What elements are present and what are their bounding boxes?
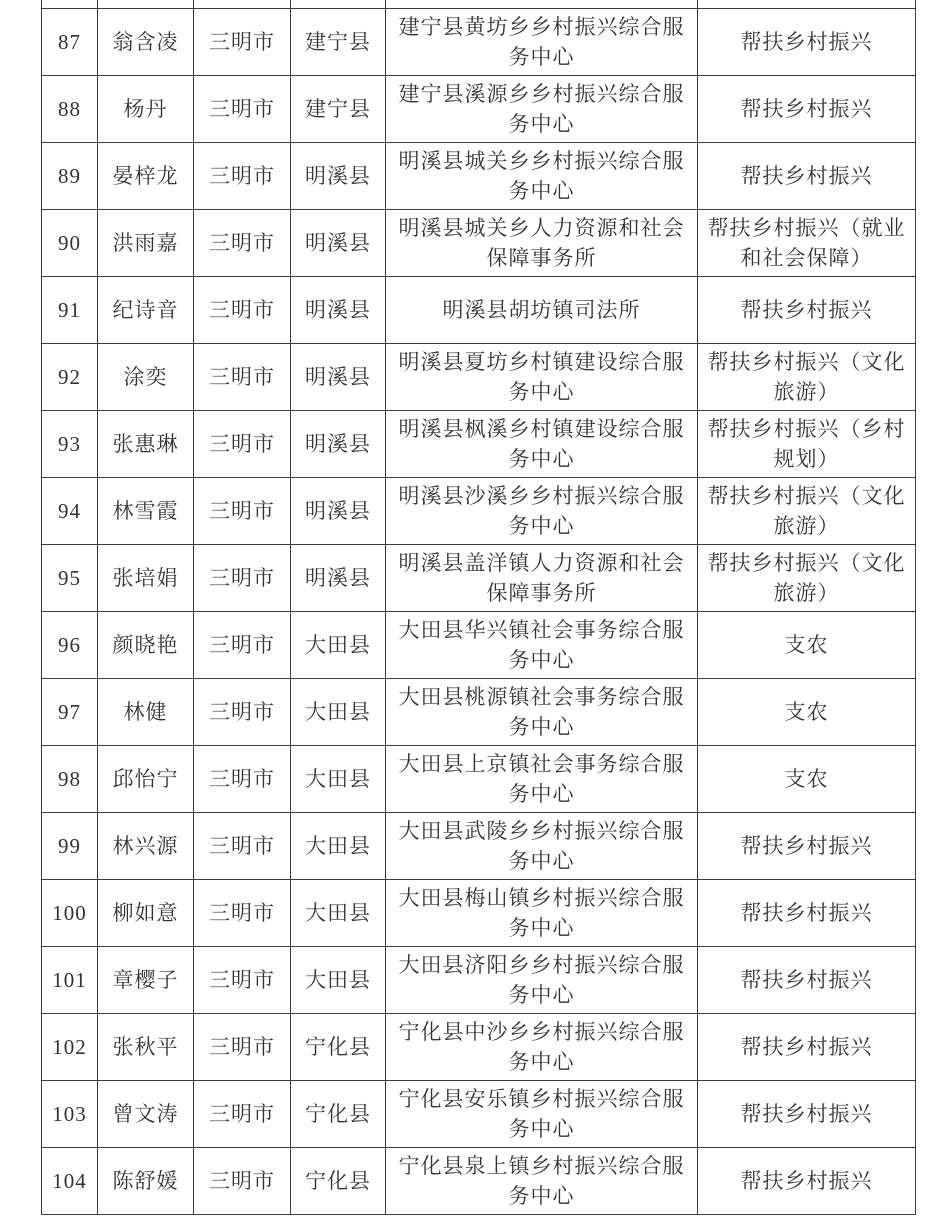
- cell-service-type: 帮扶乡村振兴: [698, 1014, 916, 1081]
- cell-organization: 大田县华兴镇社会事务综合服务中心: [386, 612, 698, 679]
- cell-name: 洪雨嘉: [98, 210, 194, 277]
- cell-name: 张培娟: [98, 545, 194, 612]
- cell-city: 三明市: [194, 679, 291, 746]
- previous-row-remnant: [42, 0, 916, 9]
- cell-service-type: 帮扶乡村振兴: [698, 277, 916, 344]
- cell-no: 95: [42, 545, 98, 612]
- cell-county: 明溪县: [291, 478, 386, 545]
- cell-county: 明溪县: [291, 545, 386, 612]
- roster-table: 87翁含凌三明市建宁县建宁县黄坊乡乡村振兴综合服务中心帮扶乡村振兴88杨丹三明市…: [41, 0, 916, 1215]
- table-row: 88杨丹三明市建宁县建宁县溪源乡乡村振兴综合服务中心帮扶乡村振兴: [42, 76, 916, 143]
- cell-service-type: 帮扶乡村振兴: [698, 1148, 916, 1215]
- cell-name: 晏梓龙: [98, 143, 194, 210]
- cell-empty: [42, 0, 98, 9]
- cell-service-type: 帮扶乡村振兴: [698, 143, 916, 210]
- cell-service-type: 帮扶乡村振兴: [698, 1081, 916, 1148]
- cell-city: 三明市: [194, 344, 291, 411]
- cell-empty: [98, 0, 194, 9]
- cell-county: 宁化县: [291, 1081, 386, 1148]
- cell-name: 张秋平: [98, 1014, 194, 1081]
- cell-no: 87: [42, 9, 98, 76]
- table-row: 94林雪霞三明市明溪县明溪县沙溪乡乡村振兴综合服务中心帮扶乡村振兴（文化旅游）: [42, 478, 916, 545]
- cell-no: 103: [42, 1081, 98, 1148]
- cell-organization: 大田县梅山镇乡村振兴综合服务中心: [386, 880, 698, 947]
- cell-no: 98: [42, 746, 98, 813]
- cell-no: 99: [42, 813, 98, 880]
- cell-city: 三明市: [194, 478, 291, 545]
- table-row: 97林健三明市大田县大田县桃源镇社会事务综合服务中心支农: [42, 679, 916, 746]
- cell-county: 明溪县: [291, 143, 386, 210]
- cell-city: 三明市: [194, 813, 291, 880]
- cell-organization: 大田县桃源镇社会事务综合服务中心: [386, 679, 698, 746]
- cell-name: 林兴源: [98, 813, 194, 880]
- table-row: 95张培娟三明市明溪县明溪县盖洋镇人力资源和社会保障事务所帮扶乡村振兴（文化旅游…: [42, 545, 916, 612]
- cell-organization: 明溪县城关乡人力资源和社会保障事务所: [386, 210, 698, 277]
- cell-name: 柳如意: [98, 880, 194, 947]
- cell-city: 三明市: [194, 1081, 291, 1148]
- cell-city: 三明市: [194, 880, 291, 947]
- cell-empty: [386, 0, 698, 9]
- cell-organization: 明溪县夏坊乡村镇建设综合服务中心: [386, 344, 698, 411]
- cell-empty: [194, 0, 291, 9]
- table-row: 98邱怡宁三明市大田县大田县上京镇社会事务综合服务中心支农: [42, 746, 916, 813]
- cell-service-type: 帮扶乡村振兴: [698, 813, 916, 880]
- cell-county: 大田县: [291, 612, 386, 679]
- cell-no: 96: [42, 612, 98, 679]
- table-row: 104陈舒媛三明市宁化县宁化县泉上镇乡村振兴综合服务中心帮扶乡村振兴: [42, 1148, 916, 1215]
- cell-no: 94: [42, 478, 98, 545]
- cell-city: 三明市: [194, 1014, 291, 1081]
- cell-name: 颜晓艳: [98, 612, 194, 679]
- cell-no: 91: [42, 277, 98, 344]
- cell-county: 明溪县: [291, 210, 386, 277]
- cell-no: 97: [42, 679, 98, 746]
- cell-city: 三明市: [194, 76, 291, 143]
- cell-organization: 明溪县胡坊镇司法所: [386, 277, 698, 344]
- cell-name: 纪诗音: [98, 277, 194, 344]
- cell-empty: [291, 0, 386, 9]
- cell-service-type: 支农: [698, 612, 916, 679]
- cell-organization: 建宁县溪源乡乡村振兴综合服务中心: [386, 76, 698, 143]
- cell-county: 建宁县: [291, 76, 386, 143]
- table-body: 87翁含凌三明市建宁县建宁县黄坊乡乡村振兴综合服务中心帮扶乡村振兴88杨丹三明市…: [42, 0, 916, 1215]
- cell-city: 三明市: [194, 1148, 291, 1215]
- cell-service-type: 帮扶乡村振兴: [698, 947, 916, 1014]
- cell-service-type: 帮扶乡村振兴: [698, 880, 916, 947]
- cell-organization: 明溪县枫溪乡村镇建设综合服务中心: [386, 411, 698, 478]
- table-row: 93张惠琳三明市明溪县明溪县枫溪乡村镇建设综合服务中心帮扶乡村振兴（乡村规划）: [42, 411, 916, 478]
- cell-no: 88: [42, 76, 98, 143]
- cell-organization: 明溪县盖洋镇人力资源和社会保障事务所: [386, 545, 698, 612]
- cell-name: 邱怡宁: [98, 746, 194, 813]
- cell-name: 翁含凌: [98, 9, 194, 76]
- cell-no: 102: [42, 1014, 98, 1081]
- cell-no: 93: [42, 411, 98, 478]
- cell-county: 大田县: [291, 813, 386, 880]
- cell-no: 90: [42, 210, 98, 277]
- cell-service-type: 帮扶乡村振兴（文化旅游）: [698, 344, 916, 411]
- cell-name: 林雪霞: [98, 478, 194, 545]
- cell-county: 明溪县: [291, 277, 386, 344]
- cell-service-type: 帮扶乡村振兴: [698, 76, 916, 143]
- cell-city: 三明市: [194, 411, 291, 478]
- cell-service-type: 帮扶乡村振兴: [698, 9, 916, 76]
- cell-organization: 明溪县沙溪乡乡村振兴综合服务中心: [386, 478, 698, 545]
- cell-county: 明溪县: [291, 344, 386, 411]
- table-row: 90洪雨嘉三明市明溪县明溪县城关乡人力资源和社会保障事务所帮扶乡村振兴（就业和社…: [42, 210, 916, 277]
- document-page: 87翁含凌三明市建宁县建宁县黄坊乡乡村振兴综合服务中心帮扶乡村振兴88杨丹三明市…: [0, 0, 944, 1223]
- cell-county: 大田县: [291, 679, 386, 746]
- cell-service-type: 帮扶乡村振兴（文化旅游）: [698, 545, 916, 612]
- table-row: 91纪诗音三明市明溪县明溪县胡坊镇司法所帮扶乡村振兴: [42, 277, 916, 344]
- cell-service-type: 支农: [698, 679, 916, 746]
- cell-city: 三明市: [194, 143, 291, 210]
- cell-organization: 宁化县安乐镇乡村振兴综合服务中心: [386, 1081, 698, 1148]
- table-row: 87翁含凌三明市建宁县建宁县黄坊乡乡村振兴综合服务中心帮扶乡村振兴: [42, 9, 916, 76]
- roster-table-container: 87翁含凌三明市建宁县建宁县黄坊乡乡村振兴综合服务中心帮扶乡村振兴88杨丹三明市…: [41, 0, 917, 1215]
- cell-city: 三明市: [194, 9, 291, 76]
- cell-no: 101: [42, 947, 98, 1014]
- table-row: 99林兴源三明市大田县大田县武陵乡乡村振兴综合服务中心帮扶乡村振兴: [42, 813, 916, 880]
- table-row: 102张秋平三明市宁化县宁化县中沙乡乡村振兴综合服务中心帮扶乡村振兴: [42, 1014, 916, 1081]
- cell-city: 三明市: [194, 210, 291, 277]
- cell-name: 章樱子: [98, 947, 194, 1014]
- cell-city: 三明市: [194, 947, 291, 1014]
- cell-organization: 大田县济阳乡乡村振兴综合服务中心: [386, 947, 698, 1014]
- cell-city: 三明市: [194, 746, 291, 813]
- cell-organization: 大田县武陵乡乡村振兴综合服务中心: [386, 813, 698, 880]
- cell-county: 宁化县: [291, 1148, 386, 1215]
- cell-name: 涂奕: [98, 344, 194, 411]
- cell-name: 林健: [98, 679, 194, 746]
- cell-organization: 宁化县泉上镇乡村振兴综合服务中心: [386, 1148, 698, 1215]
- cell-name: 曾文涛: [98, 1081, 194, 1148]
- cell-name: 张惠琳: [98, 411, 194, 478]
- cell-service-type: 帮扶乡村振兴（乡村规划）: [698, 411, 916, 478]
- cell-organization: 建宁县黄坊乡乡村振兴综合服务中心: [386, 9, 698, 76]
- cell-organization: 明溪县城关乡乡村振兴综合服务中心: [386, 143, 698, 210]
- cell-city: 三明市: [194, 277, 291, 344]
- table-row: 100柳如意三明市大田县大田县梅山镇乡村振兴综合服务中心帮扶乡村振兴: [42, 880, 916, 947]
- cell-service-type: 帮扶乡村振兴（就业和社会保障）: [698, 210, 916, 277]
- cell-county: 明溪县: [291, 411, 386, 478]
- cell-city: 三明市: [194, 612, 291, 679]
- cell-organization: 大田县上京镇社会事务综合服务中心: [386, 746, 698, 813]
- cell-county: 大田县: [291, 947, 386, 1014]
- cell-no: 92: [42, 344, 98, 411]
- cell-name: 杨丹: [98, 76, 194, 143]
- table-row: 89晏梓龙三明市明溪县明溪县城关乡乡村振兴综合服务中心帮扶乡村振兴: [42, 143, 916, 210]
- table-row: 101章樱子三明市大田县大田县济阳乡乡村振兴综合服务中心帮扶乡村振兴: [42, 947, 916, 1014]
- cell-empty: [698, 0, 916, 9]
- cell-county: 宁化县: [291, 1014, 386, 1081]
- table-row: 92涂奕三明市明溪县明溪县夏坊乡村镇建设综合服务中心帮扶乡村振兴（文化旅游）: [42, 344, 916, 411]
- table-row: 96颜晓艳三明市大田县大田县华兴镇社会事务综合服务中心支农: [42, 612, 916, 679]
- cell-no: 104: [42, 1148, 98, 1215]
- cell-county: 建宁县: [291, 9, 386, 76]
- cell-county: 大田县: [291, 746, 386, 813]
- cell-county: 大田县: [291, 880, 386, 947]
- cell-city: 三明市: [194, 545, 291, 612]
- cell-organization: 宁化县中沙乡乡村振兴综合服务中心: [386, 1014, 698, 1081]
- cell-service-type: 支农: [698, 746, 916, 813]
- cell-no: 100: [42, 880, 98, 947]
- cell-service-type: 帮扶乡村振兴（文化旅游）: [698, 478, 916, 545]
- table-row: 103曾文涛三明市宁化县宁化县安乐镇乡村振兴综合服务中心帮扶乡村振兴: [42, 1081, 916, 1148]
- cell-name: 陈舒媛: [98, 1148, 194, 1215]
- cell-no: 89: [42, 143, 98, 210]
